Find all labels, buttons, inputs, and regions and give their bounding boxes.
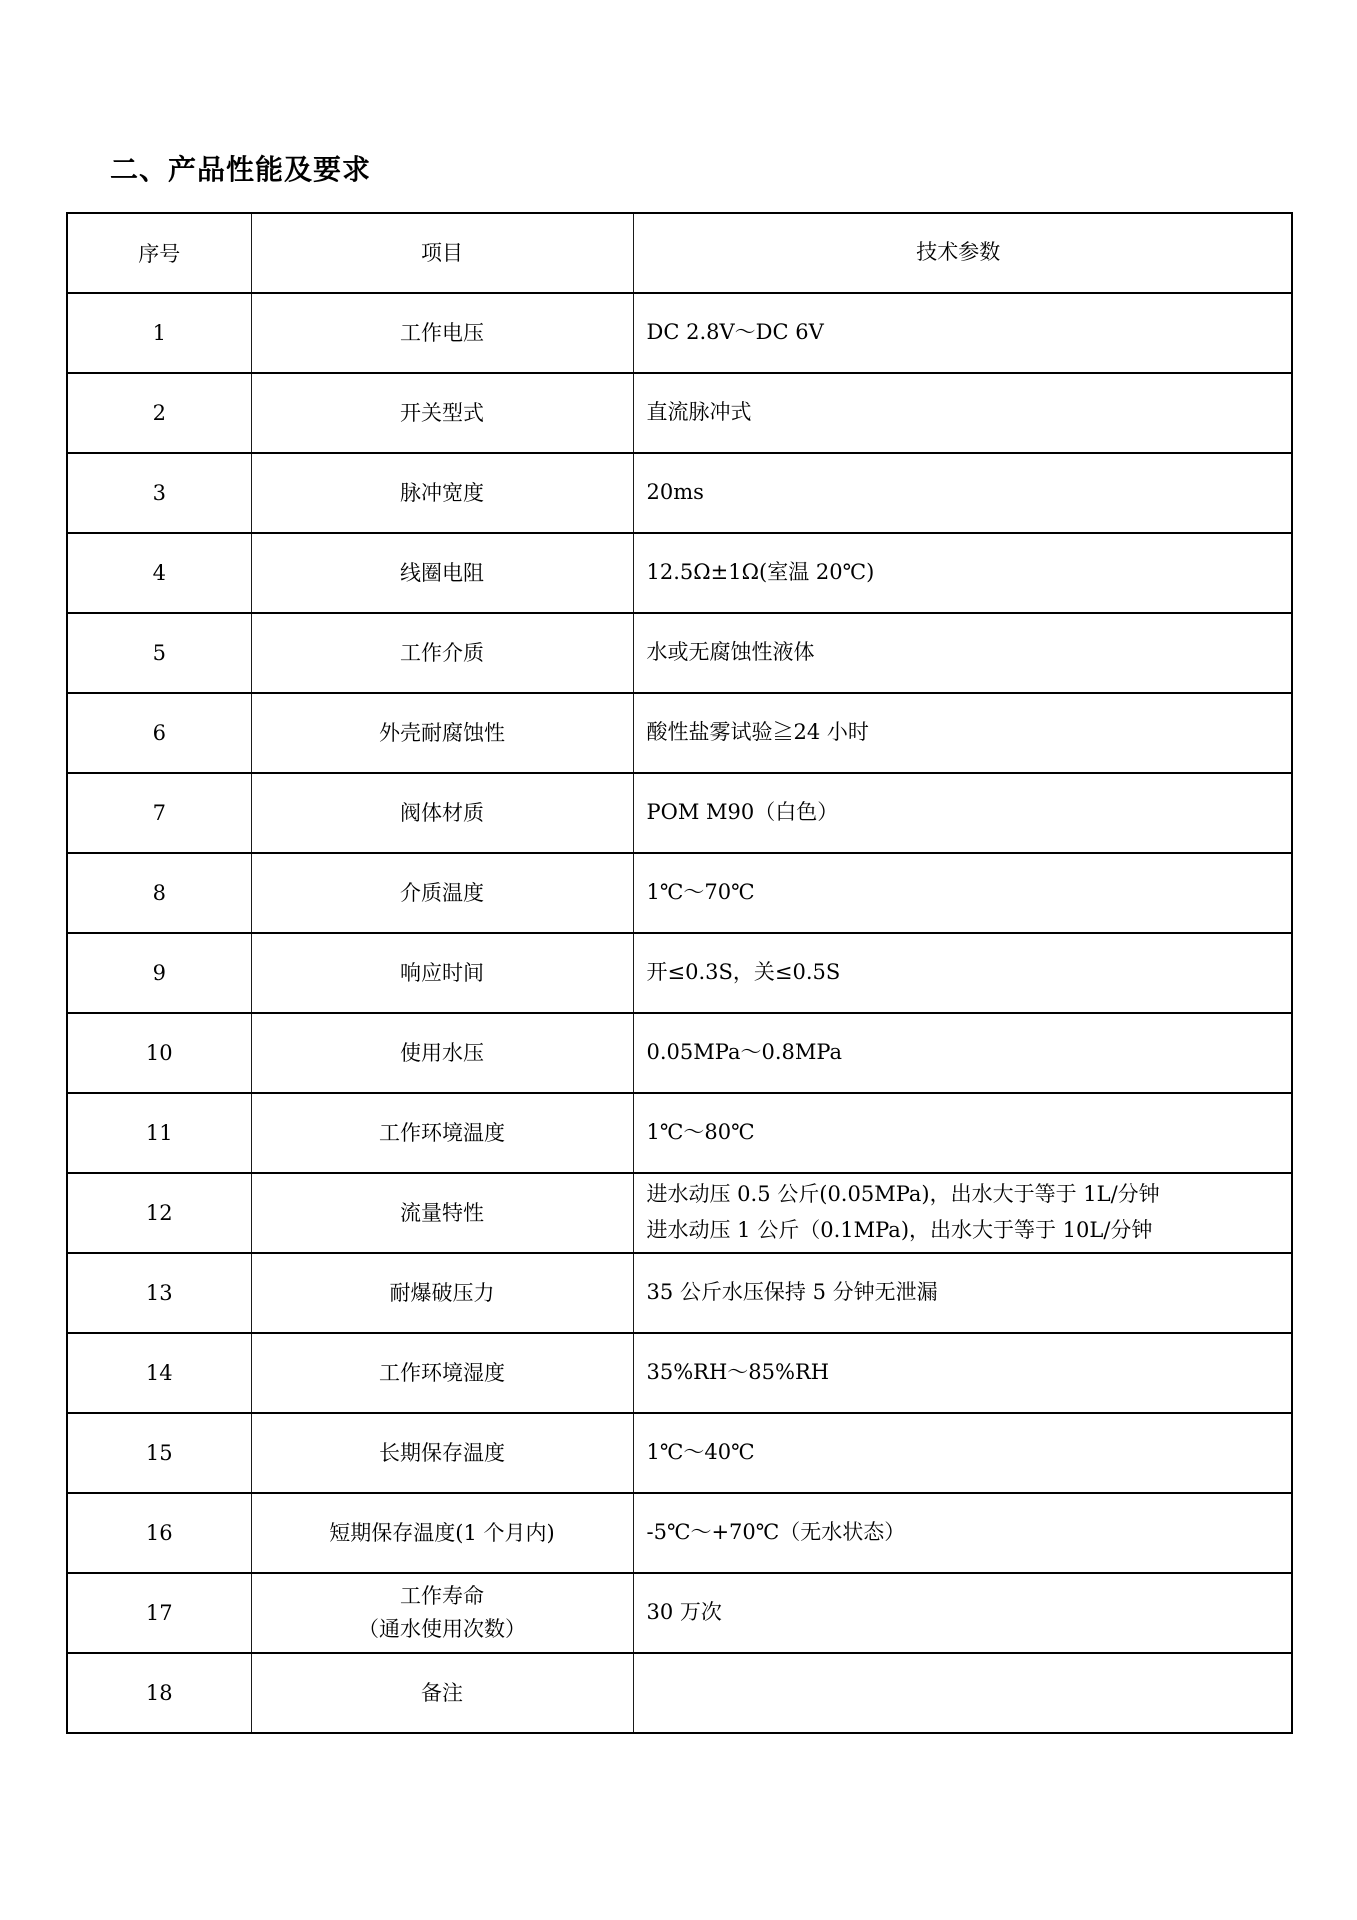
param-cell: 开≤0.3S，关≤0.5S (633, 933, 1292, 1013)
table-row: 12 流量特性 进水动压 0.5 公斤(0.05MPa)，出水大于等于 1L/分… (67, 1173, 1292, 1253)
item-cell: 长期保存温度 (251, 1413, 633, 1493)
row-number-cell: 10 (67, 1013, 251, 1093)
table-row: 13 耐爆破压力 35 公斤水压保持 5 分钟无泄漏 (67, 1253, 1292, 1333)
table-row: 6 外壳耐腐蚀性 酸性盐雾试验≧24 小时 (67, 693, 1292, 773)
table-row: 5 工作介质 水或无腐蚀性液体 (67, 613, 1292, 693)
item-cell: 脉冲宽度 (251, 453, 633, 533)
row-number-cell: 18 (67, 1653, 251, 1733)
table-row: 18 备注 (67, 1653, 1292, 1733)
item-cell: 阀体材质 (251, 773, 633, 853)
param-cell: 1℃～40℃ (633, 1413, 1292, 1493)
param-cell: DC 2.8V～DC 6V (633, 293, 1292, 373)
row-number-cell: 11 (67, 1093, 251, 1173)
param-cell: 进水动压 0.5 公斤(0.05MPa)，出水大于等于 1L/分钟 进水动压 1… (633, 1173, 1292, 1253)
table-row: 10 使用水压 0.05MPa～0.8MPa (67, 1013, 1292, 1093)
row-number-cell: 8 (67, 853, 251, 933)
param-cell: 0.05MPa～0.8MPa (633, 1013, 1292, 1093)
item-cell: 外壳耐腐蚀性 (251, 693, 633, 773)
table-row: 8 介质温度 1℃～70℃ (67, 853, 1292, 933)
item-cell: 响应时间 (251, 933, 633, 1013)
row-number-cell: 7 (67, 773, 251, 853)
table-row: 14 工作环境湿度 35%RH～85%RH (67, 1333, 1292, 1413)
row-number-cell: 16 (67, 1493, 251, 1573)
param-cell: 20ms (633, 453, 1292, 533)
table-row: 11 工作环境温度 1℃～80℃ (67, 1093, 1292, 1173)
param-cell: 35 公斤水压保持 5 分钟无泄漏 (633, 1253, 1292, 1333)
row-number-cell: 13 (67, 1253, 251, 1333)
item-cell: 工作介质 (251, 613, 633, 693)
table-row: 3 脉冲宽度 20ms (67, 453, 1292, 533)
param-cell: 12.5Ω±1Ω(室温 20℃) (633, 533, 1292, 613)
item-cell: 耐爆破压力 (251, 1253, 633, 1333)
header-item: 项目 (251, 213, 633, 293)
table-row: 16 短期保存温度(1 个月内) -5℃～+70℃（无水状态） (67, 1493, 1292, 1573)
row-number-cell: 14 (67, 1333, 251, 1413)
param-cell: 酸性盐雾试验≧24 小时 (633, 693, 1292, 773)
header-param: 技术参数 (633, 213, 1292, 293)
item-cell: 工作寿命 （通水使用次数） (251, 1573, 633, 1653)
table-header-row: 序号 项目 技术参数 (67, 213, 1292, 293)
spec-table: 序号 项目 技术参数 1 工作电压 DC 2.8V～DC 6V 2 开关型式 直… (66, 212, 1293, 1734)
item-cell: 工作电压 (251, 293, 633, 373)
table-row: 2 开关型式 直流脉冲式 (67, 373, 1292, 453)
section-title: 二、产品性能及要求 (110, 148, 371, 188)
table-row: 1 工作电压 DC 2.8V～DC 6V (67, 293, 1292, 373)
row-number-cell: 5 (67, 613, 251, 693)
row-number-cell: 1 (67, 293, 251, 373)
row-number-cell: 15 (67, 1413, 251, 1493)
param-cell: 30 万次 (633, 1573, 1292, 1653)
table-row: 9 响应时间 开≤0.3S，关≤0.5S (67, 933, 1292, 1013)
item-cell: 短期保存温度(1 个月内) (251, 1493, 633, 1573)
row-number-cell: 17 (67, 1573, 251, 1653)
param-cell: 直流脉冲式 (633, 373, 1292, 453)
row-number-cell: 3 (67, 453, 251, 533)
row-number-cell: 6 (67, 693, 251, 773)
param-cell: 1℃～80℃ (633, 1093, 1292, 1173)
row-number-cell: 9 (67, 933, 251, 1013)
item-cell: 工作环境湿度 (251, 1333, 633, 1413)
item-cell: 备注 (251, 1653, 633, 1733)
item-cell: 介质温度 (251, 853, 633, 933)
item-cell: 工作环境温度 (251, 1093, 633, 1173)
row-number-cell: 12 (67, 1173, 251, 1253)
table-row: 15 长期保存温度 1℃～40℃ (67, 1413, 1292, 1493)
param-cell: POM M90（白色） (633, 773, 1292, 853)
item-cell: 使用水压 (251, 1013, 633, 1093)
row-number-cell: 2 (67, 373, 251, 453)
row-number-cell: 4 (67, 533, 251, 613)
param-cell: 水或无腐蚀性液体 (633, 613, 1292, 693)
table-row: 4 线圈电阻 12.5Ω±1Ω(室温 20℃) (67, 533, 1292, 613)
table-row: 7 阀体材质 POM M90（白色） (67, 773, 1292, 853)
param-cell: -5℃～+70℃（无水状态） (633, 1493, 1292, 1573)
table-row: 17 工作寿命 （通水使用次数） 30 万次 (67, 1573, 1292, 1653)
item-cell: 流量特性 (251, 1173, 633, 1253)
header-no: 序号 (67, 213, 251, 293)
param-cell (633, 1653, 1292, 1733)
param-cell: 35%RH～85%RH (633, 1333, 1292, 1413)
item-cell: 线圈电阻 (251, 533, 633, 613)
item-cell: 开关型式 (251, 373, 633, 453)
document-page: 二、产品性能及要求 序号 项目 技术参数 1 工作电压 DC 2.8V～DC 6… (0, 0, 1357, 1920)
param-cell: 1℃～70℃ (633, 853, 1292, 933)
